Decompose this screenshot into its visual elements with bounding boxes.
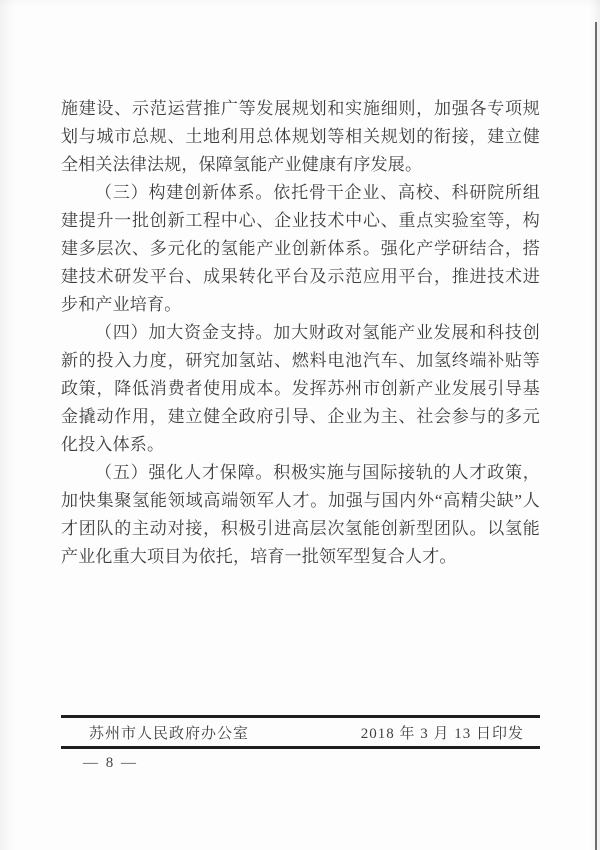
page-number: — 8 — <box>83 755 138 772</box>
colophon: 苏州市人民政府办公室 2018 年 3 月 13 日印发 <box>61 719 540 745</box>
body-paragraph: （三）构建创新体系。依托骨干企业、高校、科研院所组建提升一批创新工程中心、企业技… <box>61 179 540 319</box>
issuing-office-label: 苏州市人民政府办公室 <box>89 722 249 743</box>
body-paragraph: 施建设、示范运营推广等发展规划和实施细则，加强各专项规划与城市总规、土地利用总体… <box>61 95 540 179</box>
colophon-top-rule <box>61 715 540 718</box>
body-paragraph: （五）强化人才保障。积极实施与国际接轨的人才政策，加快集聚氢能领域高端领军人才。… <box>61 459 540 571</box>
scan-edge-line <box>595 22 597 850</box>
colophon-bottom-rule <box>61 746 540 749</box>
body-paragraph: （四）加大资金支持。加大财政对氢能产业发展和科技创新的投入力度，研究加氢站、燃料… <box>61 319 540 459</box>
document-body: 施建设、示范运营推广等发展规划和实施细则，加强各专项规划与城市总规、土地利用总体… <box>61 95 540 571</box>
print-date-label: 2018 年 3 月 13 日印发 <box>361 722 524 743</box>
